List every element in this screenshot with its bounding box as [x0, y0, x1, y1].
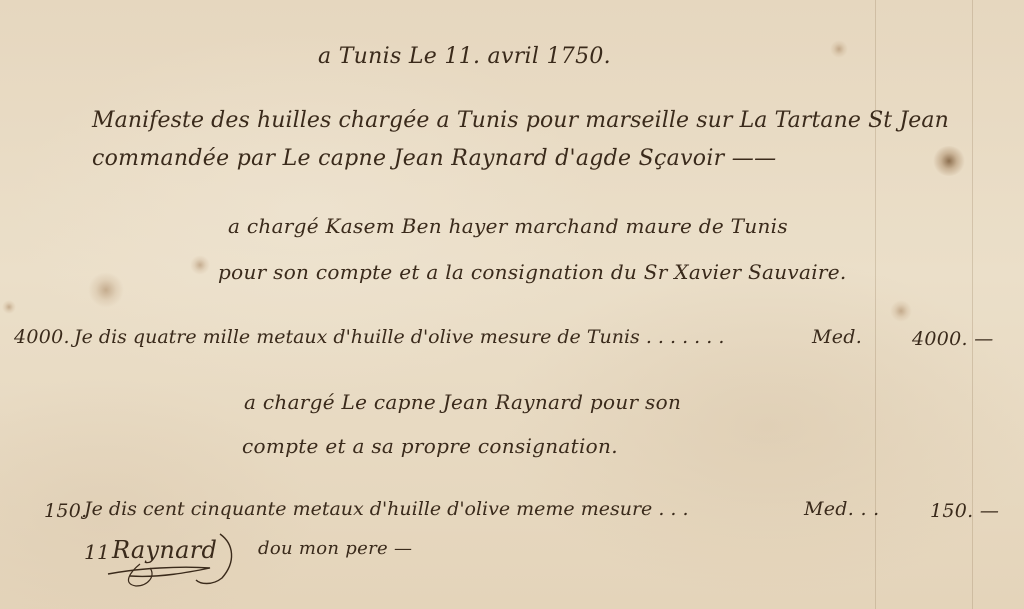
manifest-heading-line-2: commandée par Le capne Jean Raynard d'ag… — [92, 146, 776, 171]
shipper-line-1: a chargé Kasem Ben hayer marchand maure … — [228, 214, 788, 238]
shipper-line-2: pour son compte et a la consignation du … — [218, 260, 847, 284]
entry-unit: Med. — [812, 326, 862, 348]
foxing-spot — [932, 146, 966, 176]
manifest-heading-line-1: Manifeste des huilles chargée a Tunis po… — [92, 108, 949, 133]
entry-description: Je dis quatre mille metaux d'huille d'ol… — [74, 326, 724, 348]
entry-description: Je dis cent cinquante metaux d'huille d'… — [84, 498, 689, 520]
foxing-spot — [890, 300, 912, 322]
shipper-line-1: a chargé Le capne Jean Raynard pour son — [244, 390, 681, 414]
signature-flourish-icon — [100, 528, 260, 588]
foxing-spot — [190, 255, 210, 275]
entry-quantity-right: 4000. — — [912, 328, 994, 350]
foxing-spot — [2, 300, 16, 314]
foxing-spot — [830, 40, 848, 58]
dateline: a Tunis Le 11. avril 1750. — [318, 44, 611, 69]
foxing-spot — [88, 272, 124, 308]
entry-unit: Med. . . — [804, 498, 879, 520]
signature-note: dou mon pere — — [258, 538, 412, 559]
entry-quantity-left: 150. — [44, 500, 88, 522]
manuscript-page: a Tunis Le 11. avril 1750. Manifeste des… — [0, 0, 1024, 609]
entry-quantity-right: 150. — — [930, 500, 999, 522]
entry-quantity-left: 4000. — [14, 326, 70, 348]
shipper-line-2: compte et a sa propre consignation. — [242, 434, 618, 458]
